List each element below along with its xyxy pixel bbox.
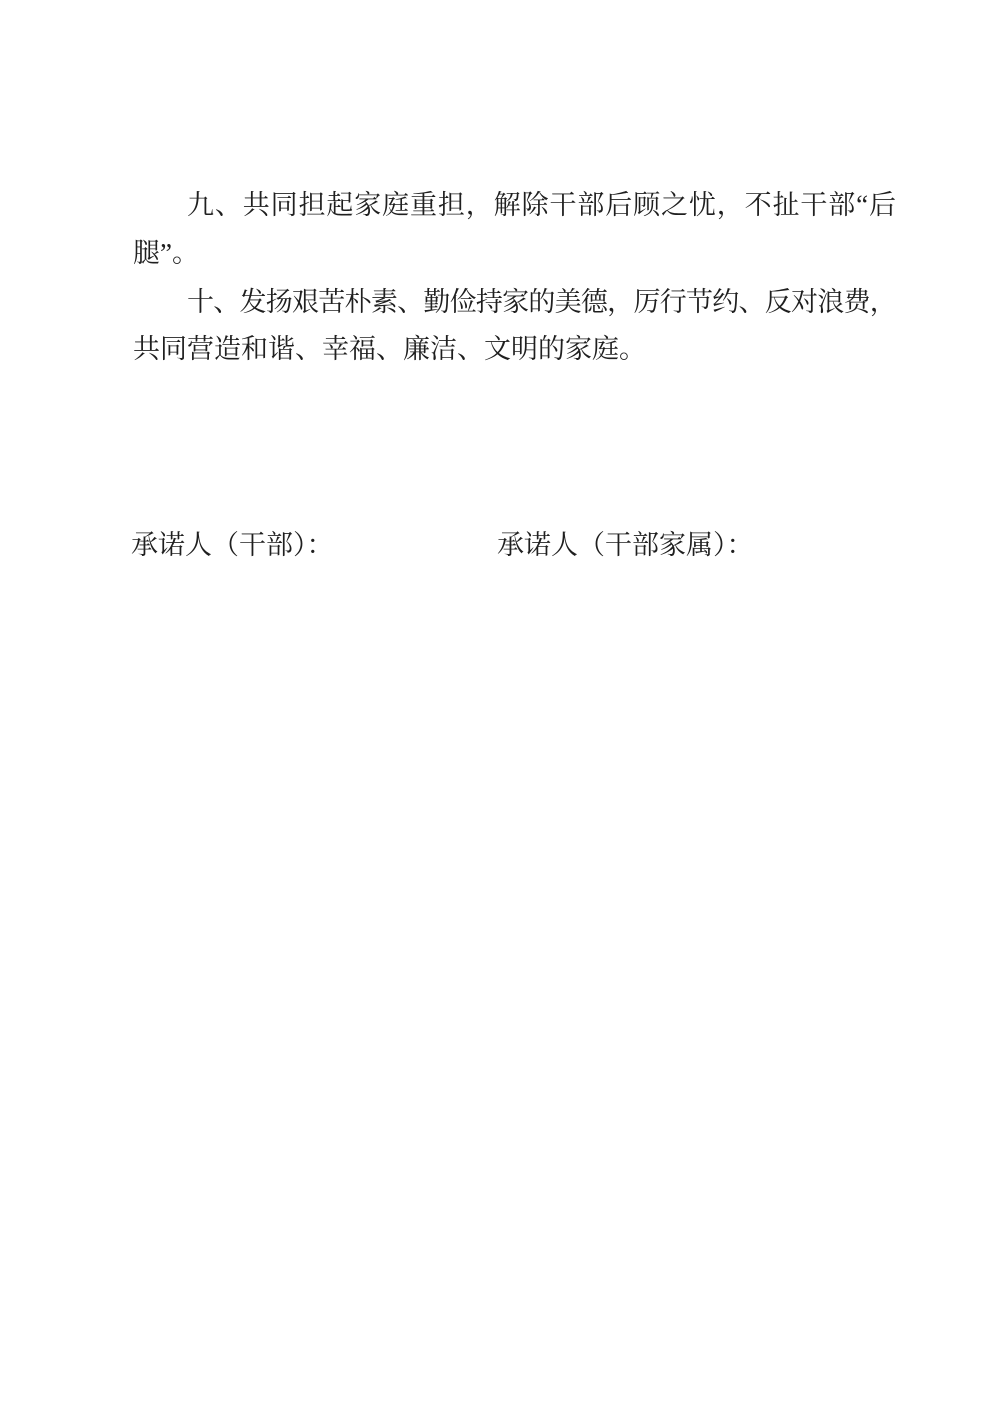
body-line-1: 九、共同担起家庭重担，解除干部后顾之忧，不扯干部“后 xyxy=(133,187,896,223)
body-line-2: 腿”。 xyxy=(133,235,896,271)
body-line-3: 十、发扬艰苦朴素、勤俭持家的美德，厉行节约、反对浪费， xyxy=(133,284,896,320)
body-line-4: 共同营造和谐、幸福、廉洁、文明的家庭。 xyxy=(133,331,896,367)
document-page: 九、共同担起家庭重担，解除干部后顾之忧，不扯干部“后 腿”。 十、发扬艰苦朴素、… xyxy=(0,0,1000,1414)
signature-label-cadre-family: 承诺人（干部家属）： xyxy=(497,527,754,563)
signature-row: 承诺人（干部）： 承诺人（干部家属）： xyxy=(0,527,1000,567)
signature-label-cadre: 承诺人（干部）： xyxy=(131,527,334,563)
